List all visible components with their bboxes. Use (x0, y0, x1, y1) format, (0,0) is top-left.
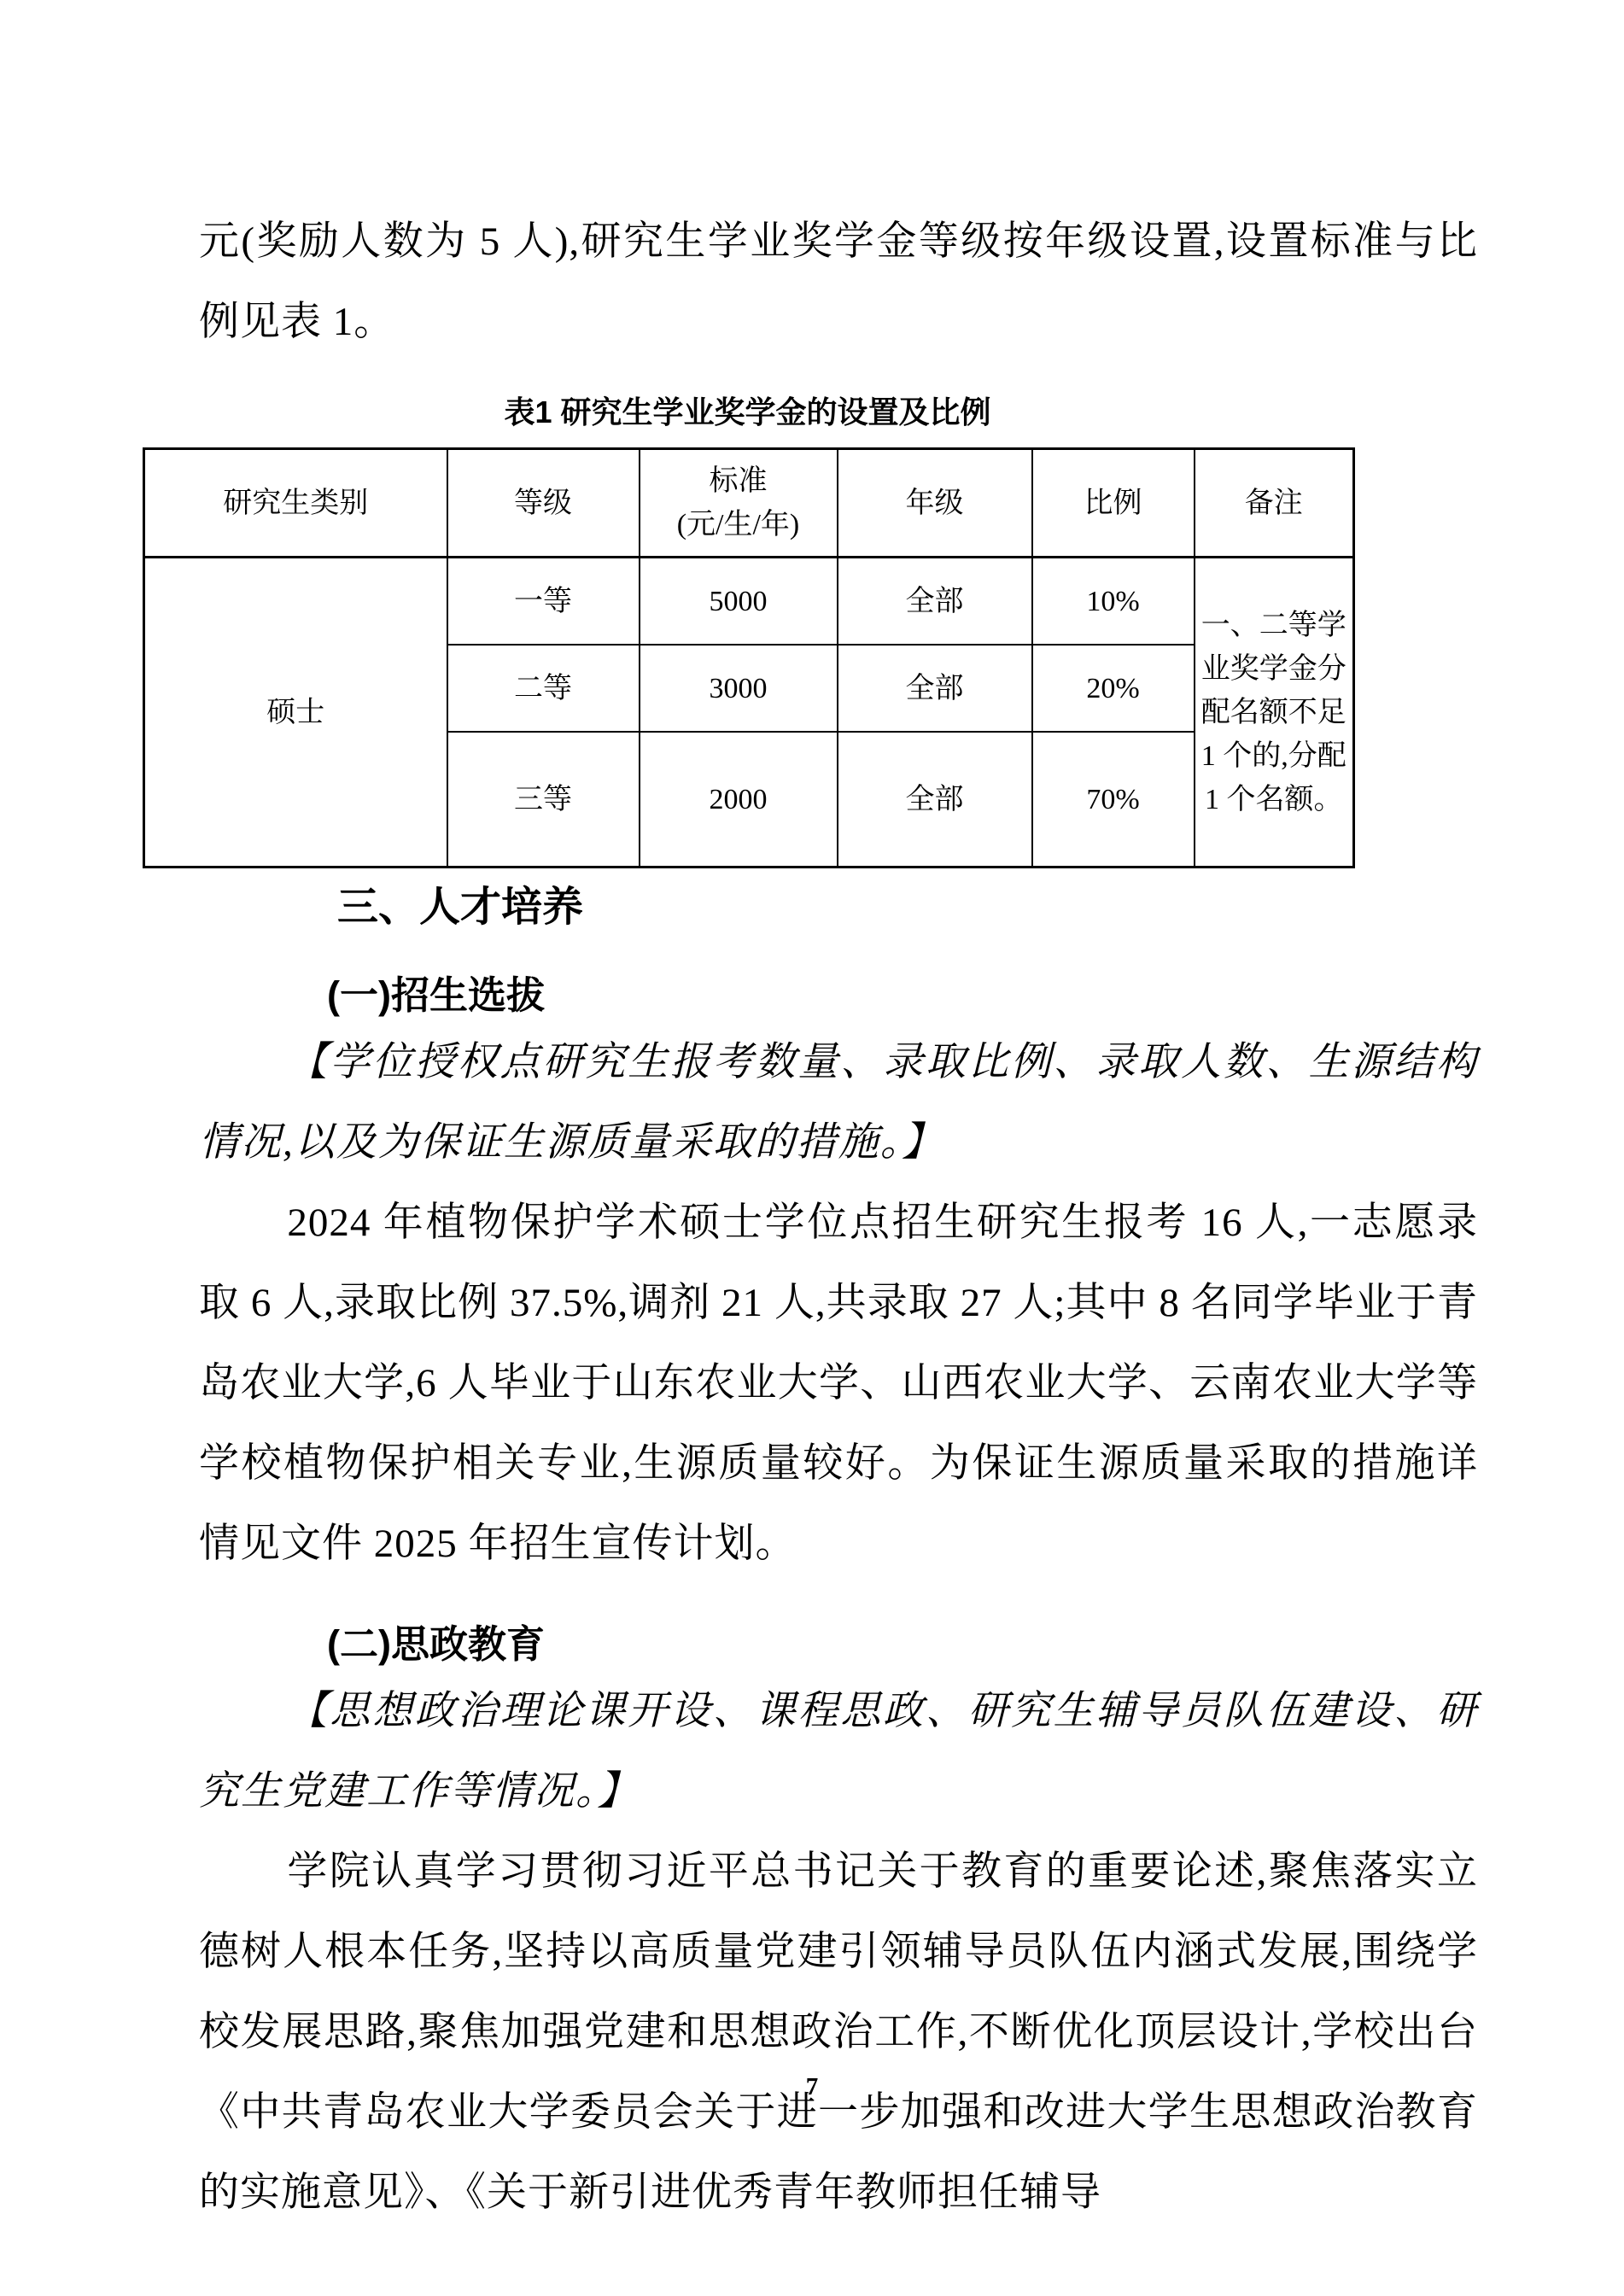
cell-year: 全部 (838, 558, 1032, 646)
header-note: 备注 (1195, 449, 1354, 558)
bracket-note-admission: 【学位授权点研究生报考数量、录取比例、录取人数、生源结构情况,以及为保证生源质量… (199, 1022, 1478, 1183)
header-standard-line1: 标准 (646, 459, 832, 503)
page-number: 7 (0, 2073, 1624, 2101)
cell-ratio: 10% (1032, 558, 1195, 646)
header-grade: 等级 (447, 449, 640, 558)
cell-ratio: 70% (1032, 732, 1195, 868)
section-heading-talent-cultivation: 三、人才培养 (199, 880, 1478, 935)
header-year: 年级 (838, 449, 1032, 558)
cell-grade: 二等 (447, 645, 640, 732)
cell-year: 全部 (838, 732, 1032, 868)
subsection-heading-ideology: (二)思政教育 (199, 1618, 1478, 1671)
table-row: 硕士 一等 5000 全部 10% 一、二等学业奖学金分配名额不足 1 个的,分… (144, 558, 1354, 646)
cell-standard: 2000 (640, 732, 838, 868)
header-ratio: 比例 (1032, 449, 1195, 558)
bracket-note-ideology: 【思想政治理论课开设、课程思政、研究生辅导员队伍建设、研究生党建工作等情况。】 (199, 1671, 1478, 1832)
cell-category: 硕士 (144, 558, 447, 868)
header-standard-line2: (元/生/年) (646, 503, 832, 546)
cell-grade: 三等 (447, 732, 640, 868)
ideology-detail-paragraph: 学院认真学习贯彻习近平总书记关于教育的重要论述,聚焦落实立德树人根本任务,坚持以… (199, 1832, 1478, 2233)
cell-year: 全部 (838, 645, 1032, 732)
intro-paragraph: 元(奖励人数为 5 人),研究生学业奖学金等级按年级设置,设置标准与比例见表 1… (199, 202, 1478, 362)
document-page: 元(奖励人数为 5 人),研究生学业奖学金等级按年级设置,设置标准与比例见表 1… (0, 0, 1624, 2296)
subsection-heading-admission: (一)招生选拔 (199, 969, 1478, 1022)
cell-ratio: 20% (1032, 645, 1195, 732)
table-caption: 表1 研究生学业奖学金的设置及比例 (143, 391, 1352, 434)
header-category: 研究生类别 (144, 449, 447, 558)
cell-standard: 3000 (640, 645, 838, 732)
scholarship-table: 研究生类别 等级 标准 (元/生/年) 年级 比例 备注 硕士 一等 5000 … (143, 447, 1355, 868)
cell-note: 一、二等学业奖学金分配名额不足 1 个的,分配 1 个名额。 (1195, 558, 1354, 868)
page-content: 元(奖励人数为 5 人),研究生学业奖学金等级按年级设置,设置标准与比例见表 1… (199, 202, 1478, 2233)
cell-standard: 5000 (640, 558, 838, 646)
cell-grade: 一等 (447, 558, 640, 646)
table-header-row: 研究生类别 等级 标准 (元/生/年) 年级 比例 备注 (144, 449, 1354, 558)
admission-detail-paragraph: 2024 年植物保护学术硕士学位点招生研究生报考 16 人,一志愿录取 6 人,… (199, 1183, 1478, 1584)
header-standard: 标准 (元/生/年) (640, 449, 838, 558)
